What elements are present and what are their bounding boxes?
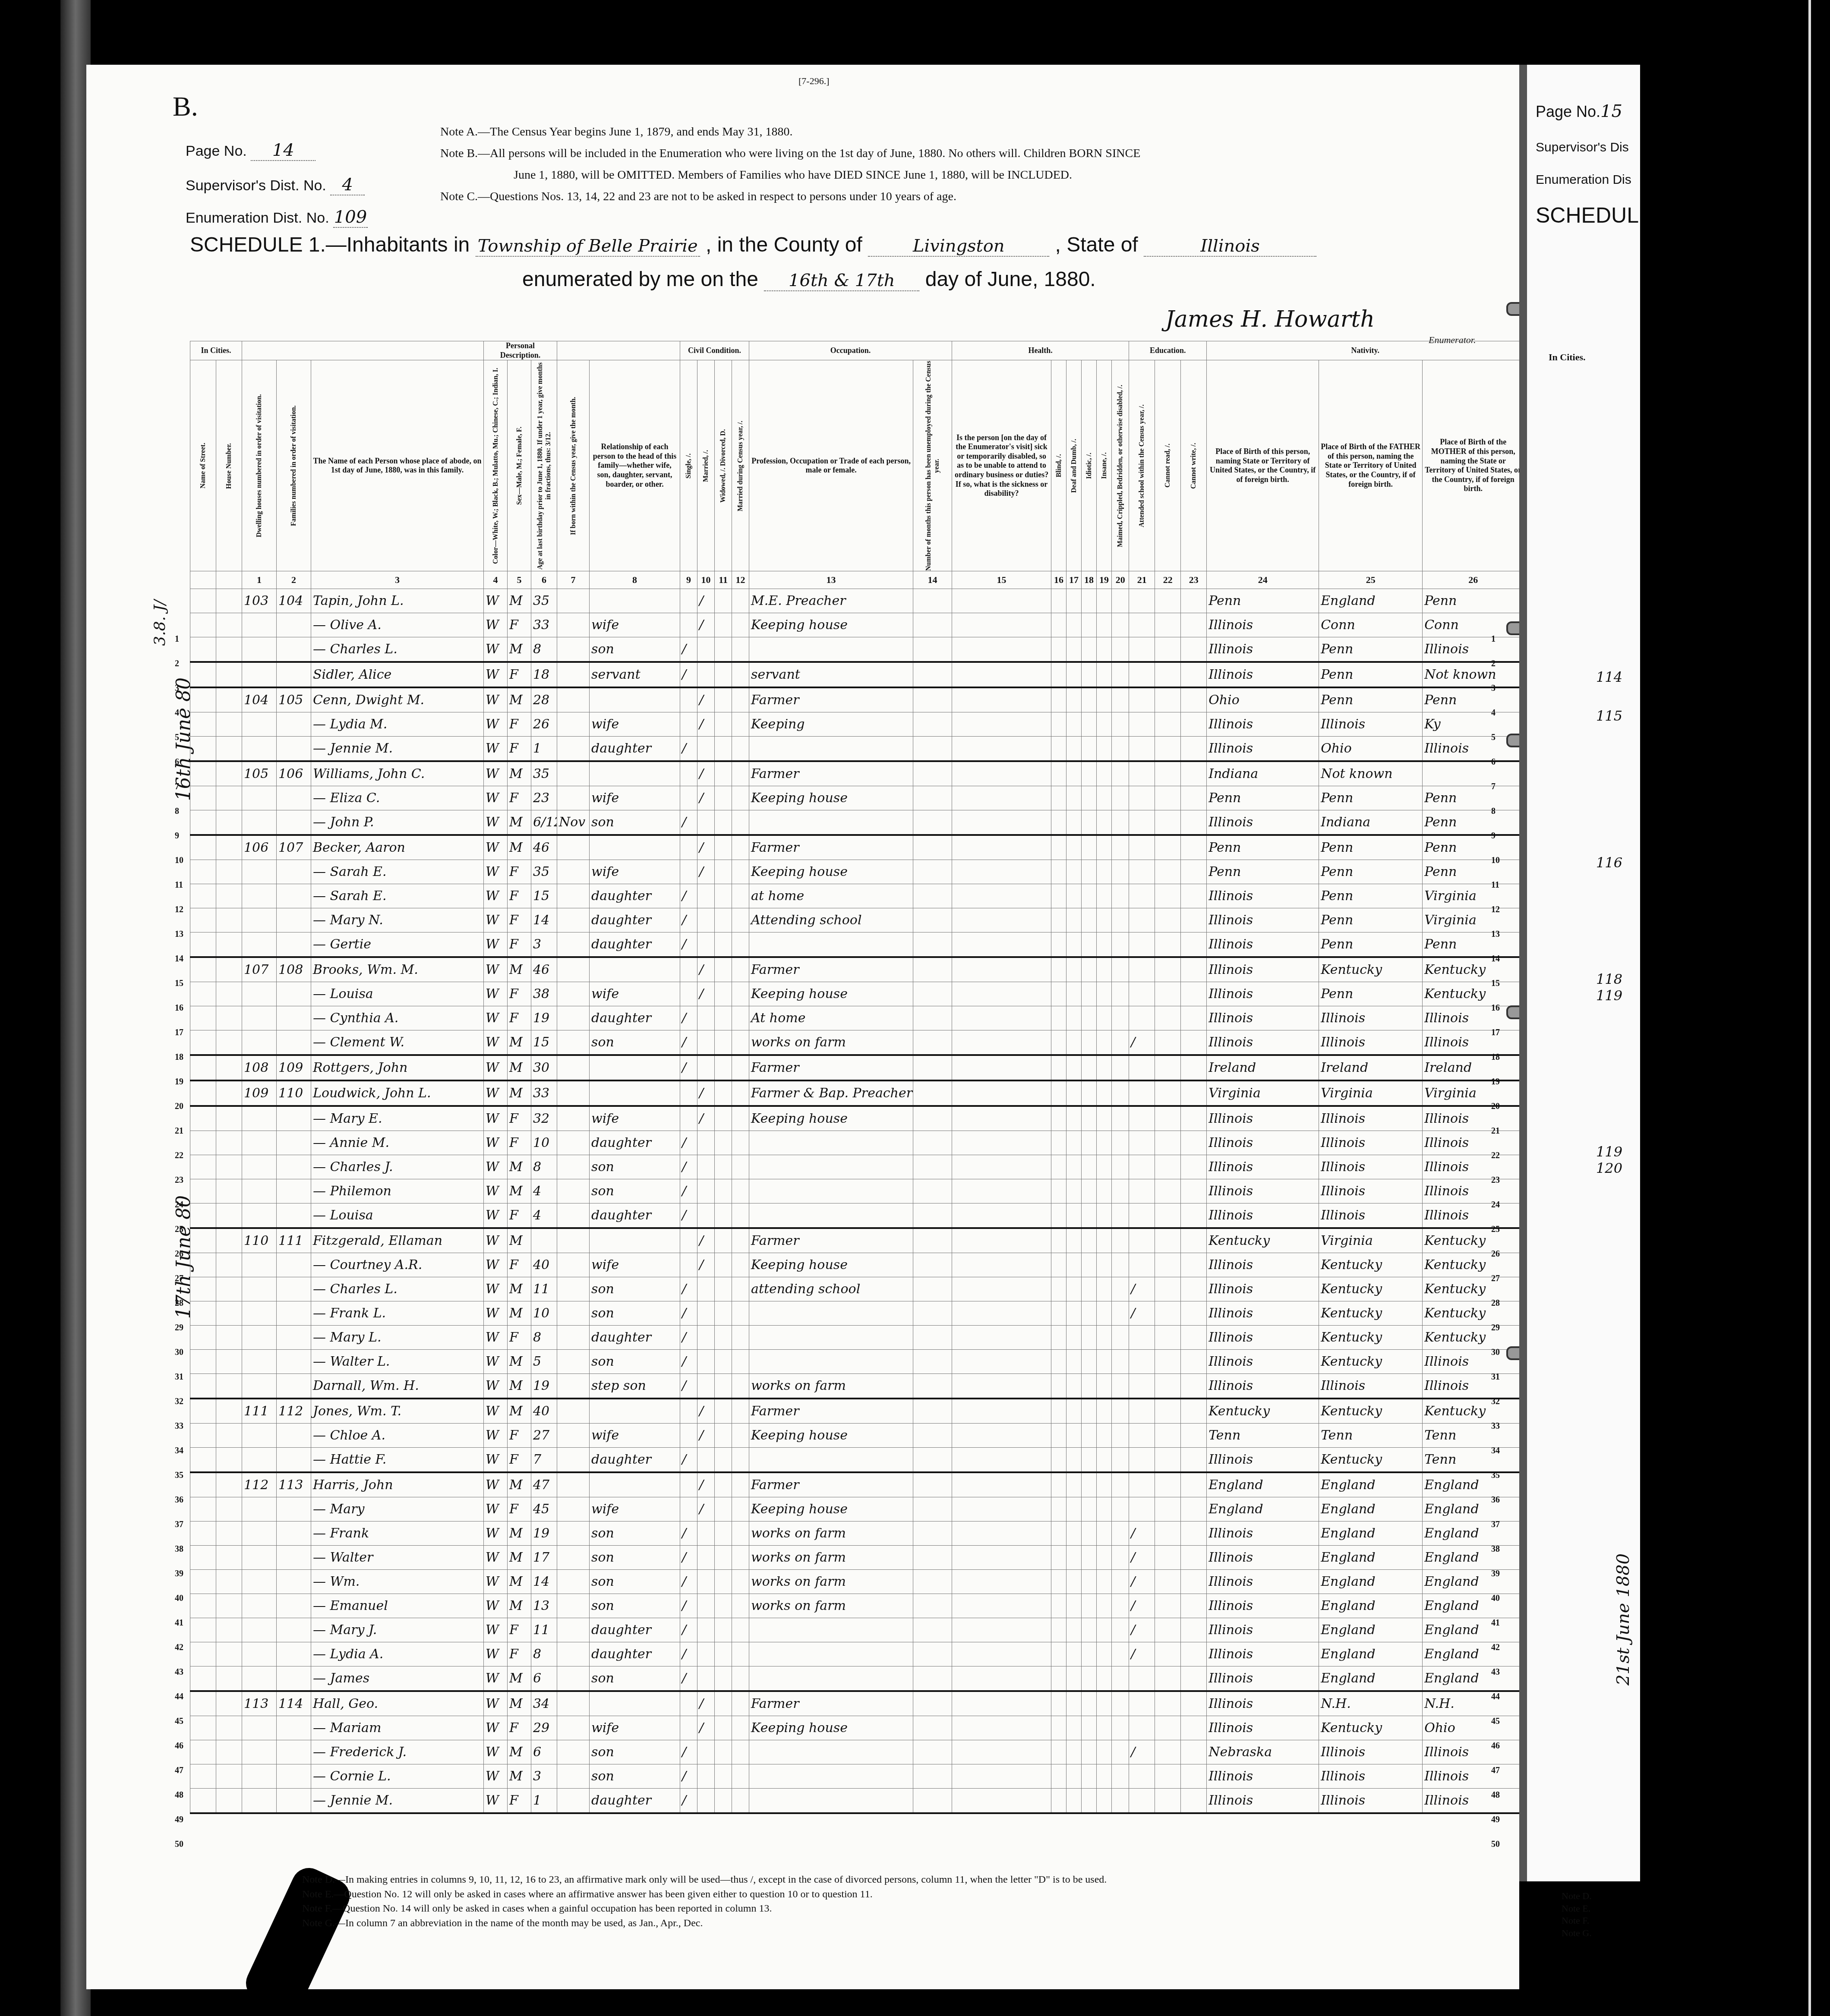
cell-name: — Frank L. bbox=[311, 1301, 484, 1326]
cell-house bbox=[216, 1618, 242, 1642]
cell-school bbox=[1129, 637, 1155, 662]
column-number-row: 12 34 56 78 910 1112 1314 1516 1718 1920… bbox=[190, 571, 1524, 589]
cell-insane bbox=[1097, 1764, 1112, 1789]
cell-cannot-read bbox=[1155, 1055, 1181, 1080]
cell-blind bbox=[1051, 1350, 1066, 1374]
cell-dwelling bbox=[242, 1497, 277, 1521]
cell-birth-month bbox=[557, 1030, 590, 1055]
cell-maimed bbox=[1112, 1666, 1129, 1692]
cell-insane bbox=[1097, 613, 1112, 637]
cell-married-census-year bbox=[732, 1716, 749, 1740]
cell-sickness bbox=[952, 1030, 1051, 1055]
cell-cannot-write bbox=[1181, 761, 1207, 786]
cell-widowed bbox=[715, 884, 732, 908]
cell-unemployed bbox=[913, 1399, 952, 1424]
cell-widowed bbox=[715, 1789, 732, 1814]
cell-married bbox=[697, 1055, 715, 1080]
cell-father-birthplace: Kentucky bbox=[1319, 1326, 1423, 1350]
cell-name: — Chloe A. bbox=[311, 1424, 484, 1448]
cell-married-census-year bbox=[732, 1740, 749, 1764]
cell-insane bbox=[1097, 1716, 1112, 1740]
cell-street bbox=[190, 1155, 216, 1179]
cell-cannot-read bbox=[1155, 1080, 1181, 1106]
cell-insane bbox=[1097, 761, 1112, 786]
cell-blind bbox=[1051, 737, 1066, 762]
cell-school bbox=[1129, 1080, 1155, 1106]
cell-age: 3 bbox=[531, 1764, 557, 1789]
cell-relationship bbox=[590, 687, 680, 712]
cell-deaf bbox=[1066, 1179, 1082, 1203]
cell-widowed bbox=[715, 613, 732, 637]
cell-birthplace: Nebraska bbox=[1207, 1740, 1319, 1764]
cell-occupation: Keeping house bbox=[749, 982, 913, 1006]
cell-dwelling bbox=[242, 1740, 277, 1764]
col-single-header: Single, /. bbox=[680, 360, 697, 571]
cell-street bbox=[190, 1131, 216, 1155]
cell-occupation: Farmer bbox=[749, 1228, 913, 1253]
cell-mother-birthplace: Illinois bbox=[1423, 1764, 1524, 1789]
cell-single bbox=[680, 1080, 697, 1106]
cell-family bbox=[277, 1666, 311, 1692]
cell-birth-month bbox=[557, 860, 590, 884]
cell-blind bbox=[1051, 1301, 1066, 1326]
cell-family bbox=[277, 1497, 311, 1521]
cell-house bbox=[216, 1546, 242, 1570]
cell-unemployed bbox=[913, 908, 952, 932]
cell-color: W bbox=[484, 786, 508, 810]
cell-dwelling bbox=[242, 932, 277, 958]
line-number: 34 bbox=[1491, 1446, 1500, 1456]
cell-birth-month bbox=[557, 613, 590, 637]
cell-dwelling: 106 bbox=[242, 835, 277, 860]
cell-school bbox=[1129, 1155, 1155, 1179]
cell-widowed bbox=[715, 835, 732, 860]
line-number: 35 bbox=[175, 1471, 183, 1480]
cell-age: 32 bbox=[531, 1106, 557, 1131]
cell-deaf bbox=[1066, 1691, 1082, 1716]
cell-unemployed bbox=[913, 637, 952, 662]
cell-mother-birthplace: Kentucky bbox=[1423, 1228, 1524, 1253]
cell-maimed bbox=[1112, 908, 1129, 932]
cell-family bbox=[277, 1350, 311, 1374]
cell-widowed bbox=[715, 1716, 732, 1740]
cell-sex: F bbox=[508, 1131, 531, 1155]
cell-sickness bbox=[952, 1424, 1051, 1448]
table-row: — Annie M.WF10daughter/IllinoisIllinoisI… bbox=[190, 1131, 1524, 1155]
cell-age: 5 bbox=[531, 1350, 557, 1374]
cell-house bbox=[216, 1594, 242, 1618]
cell-sickness bbox=[952, 786, 1051, 810]
cell-cannot-read bbox=[1155, 1006, 1181, 1030]
cell-color: W bbox=[484, 1253, 508, 1277]
cell-idiotic bbox=[1082, 1106, 1097, 1131]
cell-occupation: servant bbox=[749, 662, 913, 687]
cell-age: 18 bbox=[531, 662, 557, 687]
cell-insane bbox=[1097, 1789, 1112, 1814]
cell-maimed bbox=[1112, 810, 1129, 835]
cell-married bbox=[697, 1448, 715, 1473]
cell-married: / bbox=[697, 1497, 715, 1521]
cell-married-census-year bbox=[732, 1399, 749, 1424]
cell-dwelling bbox=[242, 662, 277, 687]
cell-relationship: daughter bbox=[590, 1203, 680, 1228]
cell-cannot-read bbox=[1155, 1131, 1181, 1155]
cell-unemployed bbox=[913, 1716, 952, 1740]
cell-birthplace: Illinois bbox=[1207, 1570, 1319, 1594]
cell-sickness bbox=[952, 1570, 1051, 1594]
cell-relationship: son bbox=[590, 637, 680, 662]
cell-sickness bbox=[952, 1055, 1051, 1080]
cell-deaf bbox=[1066, 1277, 1082, 1301]
cell-family bbox=[277, 1131, 311, 1155]
cell-sickness bbox=[952, 737, 1051, 762]
cell-dwelling bbox=[242, 1106, 277, 1131]
cell-insane bbox=[1097, 1055, 1112, 1080]
cell-insane bbox=[1097, 1399, 1112, 1424]
cell-father-birthplace: Penn bbox=[1319, 637, 1423, 662]
cell-sex: M bbox=[508, 761, 531, 786]
cell-age: 8 bbox=[531, 637, 557, 662]
cell-street bbox=[190, 1179, 216, 1203]
cell-idiotic bbox=[1082, 1618, 1097, 1642]
cell-cannot-read bbox=[1155, 1448, 1181, 1473]
cell-father-birthplace: England bbox=[1319, 1521, 1423, 1546]
line-number: 12 bbox=[1491, 905, 1500, 915]
cell-single bbox=[680, 589, 697, 613]
note-c: Note C.—Questions Nos. 13, 14, 22 and 23… bbox=[440, 190, 956, 204]
cell-school bbox=[1129, 1497, 1155, 1521]
cell-married-census-year bbox=[732, 687, 749, 712]
cell-unemployed bbox=[913, 1789, 952, 1814]
table-row: — Mary J.WF11daughter//IllinoisEnglandEn… bbox=[190, 1618, 1524, 1642]
cell-married: / bbox=[697, 1106, 715, 1131]
line-number: 39 bbox=[175, 1569, 183, 1579]
cell-sickness bbox=[952, 1740, 1051, 1764]
cell-family bbox=[277, 1716, 311, 1740]
cell-idiotic bbox=[1082, 687, 1097, 712]
cell-deaf bbox=[1066, 687, 1082, 712]
cell-maimed bbox=[1112, 1326, 1129, 1350]
table-row: — EmanuelWM13son/works on farm/IllinoisE… bbox=[190, 1594, 1524, 1618]
cell-mother-birthplace: Penn bbox=[1423, 860, 1524, 884]
cell-birth-month bbox=[557, 637, 590, 662]
cell-unemployed bbox=[913, 1594, 952, 1618]
cell-relationship: son bbox=[590, 1179, 680, 1203]
cell-married bbox=[697, 1006, 715, 1030]
cell-deaf bbox=[1066, 761, 1082, 786]
cell-school bbox=[1129, 1716, 1155, 1740]
cell-idiotic bbox=[1082, 1546, 1097, 1570]
cell-school: / bbox=[1129, 1521, 1155, 1546]
col-married-census-year-header: Married during Census year, /. bbox=[732, 360, 749, 571]
cell-family bbox=[277, 932, 311, 958]
cell-age: 46 bbox=[531, 835, 557, 860]
cell-widowed bbox=[715, 982, 732, 1006]
line-number: 48 bbox=[1491, 1790, 1500, 1800]
cell-occupation: Farmer bbox=[749, 957, 913, 982]
cell-married: / bbox=[697, 613, 715, 637]
cell-married bbox=[697, 1179, 715, 1203]
cell-sickness bbox=[952, 1301, 1051, 1326]
cell-age: 6 bbox=[531, 1666, 557, 1692]
cell-widowed bbox=[715, 761, 732, 786]
cell-birthplace: Illinois bbox=[1207, 982, 1319, 1006]
cell-dwelling bbox=[242, 1030, 277, 1055]
cell-married: / bbox=[697, 1472, 715, 1497]
cell-occupation: Keeping house bbox=[749, 1716, 913, 1740]
line-number: 11 bbox=[1491, 880, 1499, 890]
cell-relationship: daughter bbox=[590, 908, 680, 932]
cell-name: — Charles J. bbox=[311, 1155, 484, 1179]
cell-birthplace: Illinois bbox=[1207, 1106, 1319, 1131]
cell-school bbox=[1129, 1448, 1155, 1473]
cell-birth-month bbox=[557, 1716, 590, 1740]
cell-street bbox=[190, 1666, 216, 1692]
col-father-birthplace-header: Place of Birth of the FATHER of this per… bbox=[1319, 360, 1423, 571]
cell-sickness bbox=[952, 1253, 1051, 1277]
cell-cannot-read bbox=[1155, 1326, 1181, 1350]
cell-school bbox=[1129, 1350, 1155, 1374]
cell-house bbox=[216, 957, 242, 982]
cell-family: 107 bbox=[277, 835, 311, 860]
cell-color: W bbox=[484, 860, 508, 884]
cell-street bbox=[190, 589, 216, 613]
cell-occupation: Farmer bbox=[749, 1691, 913, 1716]
cell-married-census-year bbox=[732, 1228, 749, 1253]
cell-married-census-year bbox=[732, 884, 749, 908]
cell-street bbox=[190, 835, 216, 860]
cell-dwelling bbox=[242, 1253, 277, 1277]
cell-married: / bbox=[697, 786, 715, 810]
line-number: 46 bbox=[175, 1741, 183, 1751]
cell-relationship: son bbox=[590, 1350, 680, 1374]
line-number: 12 bbox=[175, 905, 183, 915]
col-cannot-read-header: Cannot read, /. bbox=[1155, 360, 1181, 571]
line-number: 7 bbox=[1491, 782, 1496, 792]
cell-school: / bbox=[1129, 1546, 1155, 1570]
cell-widowed bbox=[715, 908, 732, 932]
cell-street bbox=[190, 1006, 216, 1030]
cell-cannot-write bbox=[1181, 1764, 1207, 1789]
cell-birth-month bbox=[557, 1253, 590, 1277]
cell-single bbox=[680, 712, 697, 737]
cell-relationship bbox=[590, 835, 680, 860]
cell-house bbox=[216, 613, 242, 637]
cell-widowed bbox=[715, 1764, 732, 1789]
cell-deaf bbox=[1066, 613, 1082, 637]
cell-age: 33 bbox=[531, 613, 557, 637]
cell-insane bbox=[1097, 1006, 1112, 1030]
cell-house bbox=[216, 1326, 242, 1350]
cell-sickness bbox=[952, 662, 1051, 687]
cell-mother-birthplace: Kentucky bbox=[1423, 1399, 1524, 1424]
cell-cannot-write bbox=[1181, 1374, 1207, 1399]
line-number: 33 bbox=[1491, 1421, 1500, 1431]
cell-house bbox=[216, 761, 242, 786]
group-in-cities: In Cities. bbox=[190, 341, 242, 360]
cell-maimed bbox=[1112, 1350, 1129, 1374]
cell-cannot-read bbox=[1155, 1642, 1181, 1666]
cell-dwelling bbox=[242, 1155, 277, 1179]
line-number: 22 bbox=[175, 1151, 183, 1161]
cell-widowed bbox=[715, 1030, 732, 1055]
cell-father-birthplace: England bbox=[1319, 1594, 1423, 1618]
cell-occupation: Farmer bbox=[749, 1399, 913, 1424]
next-page-dwelling-116: 116 bbox=[1596, 854, 1622, 871]
cell-color: W bbox=[484, 1350, 508, 1374]
line-number: 20 bbox=[1491, 1102, 1500, 1112]
cell-dwelling bbox=[242, 810, 277, 835]
cell-married bbox=[697, 1618, 715, 1642]
cell-widowed bbox=[715, 1106, 732, 1131]
cell-family bbox=[277, 1006, 311, 1030]
cell-unemployed bbox=[913, 982, 952, 1006]
cell-occupation bbox=[749, 1764, 913, 1789]
cell-age: 17 bbox=[531, 1546, 557, 1570]
cell-married-census-year bbox=[732, 786, 749, 810]
table-row: — Wm.WM14son/works on farm/IllinoisEngla… bbox=[190, 1570, 1524, 1594]
cell-married bbox=[697, 637, 715, 662]
cell-blind bbox=[1051, 687, 1066, 712]
cell-maimed bbox=[1112, 884, 1129, 908]
cell-insane bbox=[1097, 1546, 1112, 1570]
cell-sex: F bbox=[508, 712, 531, 737]
cell-sickness bbox=[952, 1448, 1051, 1473]
cell-father-birthplace: Penn bbox=[1319, 786, 1423, 810]
cell-dwelling bbox=[242, 982, 277, 1006]
line-number: 30 bbox=[175, 1348, 183, 1358]
cell-color: W bbox=[484, 613, 508, 637]
line-number: 42 bbox=[1491, 1643, 1500, 1653]
cell-birth-month bbox=[557, 1006, 590, 1030]
cell-birthplace: Virginia bbox=[1207, 1080, 1319, 1106]
cell-father-birthplace: Illinois bbox=[1319, 1006, 1423, 1030]
cell-dwelling: 110 bbox=[242, 1228, 277, 1253]
cell-deaf bbox=[1066, 1789, 1082, 1814]
cell-cannot-read bbox=[1155, 932, 1181, 958]
cell-house bbox=[216, 884, 242, 908]
cell-sickness bbox=[952, 712, 1051, 737]
cell-sex: F bbox=[508, 1326, 531, 1350]
cell-birth-month bbox=[557, 1424, 590, 1448]
cell-married-census-year bbox=[732, 1326, 749, 1350]
line-number: 45 bbox=[175, 1717, 183, 1726]
cell-maimed bbox=[1112, 957, 1129, 982]
cell-maimed bbox=[1112, 1030, 1129, 1055]
cell-unemployed bbox=[913, 1080, 952, 1106]
cell-cannot-read bbox=[1155, 1277, 1181, 1301]
cell-idiotic bbox=[1082, 1080, 1097, 1106]
cell-birthplace: Illinois bbox=[1207, 1594, 1319, 1618]
cell-name: — Frank bbox=[311, 1521, 484, 1546]
cell-birthplace: Illinois bbox=[1207, 1155, 1319, 1179]
next-page-in-cities: In Cities. bbox=[1549, 352, 1586, 363]
cell-age: 6/12 bbox=[531, 810, 557, 835]
cell-single bbox=[680, 1253, 697, 1277]
cell-house bbox=[216, 860, 242, 884]
cell-relationship: wife bbox=[590, 1253, 680, 1277]
cell-house bbox=[216, 1106, 242, 1131]
cell-mother-birthplace: Tenn bbox=[1423, 1424, 1524, 1448]
table-row: 107108Brooks, Wm. M.WM46/FarmerIllinoisK… bbox=[190, 957, 1524, 982]
cell-father-birthplace: Illinois bbox=[1319, 1203, 1423, 1228]
cell-sex: F bbox=[508, 613, 531, 637]
cell-unemployed bbox=[913, 884, 952, 908]
cell-father-birthplace: England bbox=[1319, 1642, 1423, 1666]
cell-insane bbox=[1097, 810, 1112, 835]
cell-cannot-write bbox=[1181, 957, 1207, 982]
cell-unemployed bbox=[913, 1374, 952, 1399]
cell-unemployed bbox=[913, 810, 952, 835]
cell-occupation: Keeping house bbox=[749, 1497, 913, 1521]
cell-father-birthplace: Ireland bbox=[1319, 1055, 1423, 1080]
cell-single: / bbox=[680, 1789, 697, 1814]
cell-idiotic bbox=[1082, 637, 1097, 662]
cell-birth-month bbox=[557, 662, 590, 687]
cell-maimed bbox=[1112, 1080, 1129, 1106]
cell-cannot-read bbox=[1155, 1301, 1181, 1326]
cell-deaf bbox=[1066, 982, 1082, 1006]
cell-unemployed bbox=[913, 662, 952, 687]
cell-house bbox=[216, 1740, 242, 1764]
cell-cannot-write bbox=[1181, 1570, 1207, 1594]
cell-unemployed bbox=[913, 737, 952, 762]
cell-relationship: son bbox=[590, 1155, 680, 1179]
cell-family bbox=[277, 1618, 311, 1642]
cell-school bbox=[1129, 982, 1155, 1006]
cell-maimed bbox=[1112, 589, 1129, 613]
cell-name: Hall, Geo. bbox=[311, 1691, 484, 1716]
group-education: Education. bbox=[1129, 341, 1207, 360]
line-number: 1 bbox=[1491, 634, 1496, 644]
cell-color: W bbox=[484, 908, 508, 932]
line-number: 3 bbox=[175, 684, 179, 693]
cell-birth-month bbox=[557, 1594, 590, 1618]
col-widowed-header: Widowed, /. Divorced, D. bbox=[715, 360, 732, 571]
cell-deaf bbox=[1066, 1642, 1082, 1666]
cell-single bbox=[680, 687, 697, 712]
cell-birthplace: Illinois bbox=[1207, 1666, 1319, 1692]
cell-family bbox=[277, 1570, 311, 1594]
cell-single: / bbox=[680, 637, 697, 662]
cell-idiotic bbox=[1082, 1764, 1097, 1789]
cell-cannot-write bbox=[1181, 1055, 1207, 1080]
cell-occupation: attending school bbox=[749, 1277, 913, 1301]
cell-insane bbox=[1097, 1326, 1112, 1350]
cell-sex: M bbox=[508, 1691, 531, 1716]
cell-family bbox=[277, 1106, 311, 1131]
cell-blind bbox=[1051, 1155, 1066, 1179]
cell-cannot-write bbox=[1181, 1399, 1207, 1424]
cell-cannot-read bbox=[1155, 1594, 1181, 1618]
line-number: 1 bbox=[175, 634, 179, 644]
line-number: 11 bbox=[175, 880, 183, 890]
cell-married-census-year bbox=[732, 835, 749, 860]
col-name-header: The Name of each Person whose place of a… bbox=[311, 360, 484, 571]
cell-school bbox=[1129, 1228, 1155, 1253]
cell-age: 23 bbox=[531, 786, 557, 810]
cell-married: / bbox=[697, 1253, 715, 1277]
cell-married: / bbox=[697, 687, 715, 712]
cell-cannot-read bbox=[1155, 1106, 1181, 1131]
table-row: — LouisaWF38wife/Keeping houseIllinoisPe… bbox=[190, 982, 1524, 1006]
form-code: [7-296.] bbox=[798, 76, 829, 87]
cell-married bbox=[697, 810, 715, 835]
cell-birth-month bbox=[557, 1764, 590, 1789]
cell-family bbox=[277, 1301, 311, 1326]
cell-birth-month bbox=[557, 1055, 590, 1080]
cell-name: — Cynthia A. bbox=[311, 1006, 484, 1030]
